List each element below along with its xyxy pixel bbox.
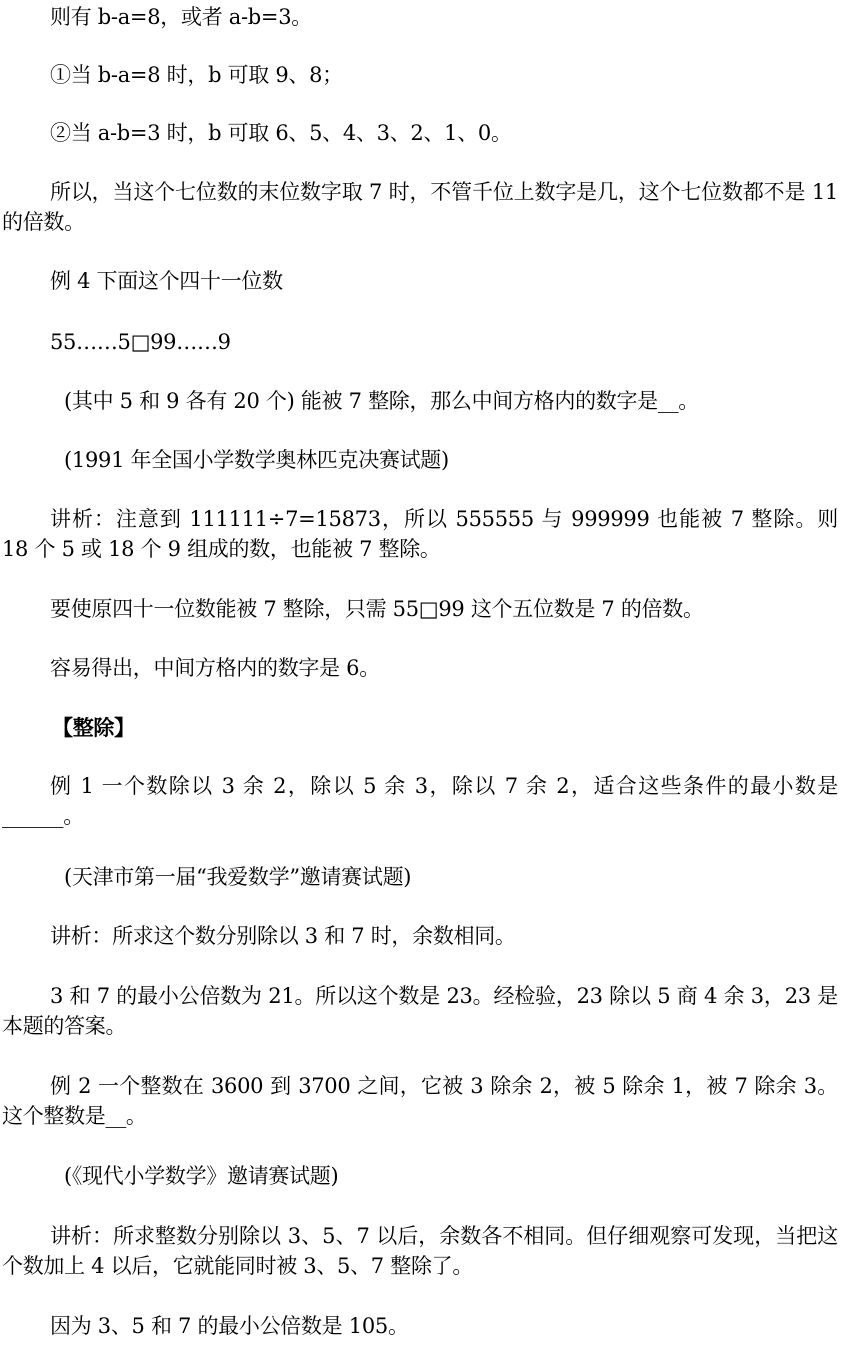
example-4-analysis-2: 要使原四十一位数能被 7 整除，只需 55□99 这个五位数是 7 的倍数。 (2, 594, 838, 624)
example-4-question: (其中 5 和 9 各有 20 个) 能被 7 整除，那么中间方格内的数字是__… (2, 386, 838, 416)
example-2-analysis: 讲析：所求整数分别除以 3、5、7 以后，余数各不相同。但仔细观察可发现，当把这… (2, 1221, 838, 1281)
example-2-source: (《现代小学数学》邀请赛试题) (2, 1161, 838, 1191)
paragraph-condition: 则有 b-a=8，或者 a-b=3。 (2, 2, 838, 32)
paragraph-case-1: ①当 b-a=8 时，b 可取 9、8； (2, 60, 838, 90)
example-4-analysis: 讲析：注意到 111111÷7=15873，所以 555555 与 999999… (2, 504, 838, 564)
example-1-answer: 3 和 7 的最小公倍数为 21。所以这个数是 23。经检验，23 除以 5 商… (2, 981, 838, 1041)
paragraph-case-2: ②当 a-b=3 时，b 可取 6、5、4、3、2、1、0。 (2, 118, 838, 148)
example-4-title: 例 4 下面这个四十一位数 (2, 266, 838, 296)
example-4-number: 55……5□99……9 (2, 327, 838, 357)
example-1-question: 例 1 一个数除以 3 余 2，除以 5 余 3，除以 7 余 2，适合这些条件… (2, 771, 838, 831)
section-heading: 【整除】 (52, 713, 842, 743)
paragraph-conclusion: 所以，当这个七位数的末位数字取 7 时，不管千位上数字是几，这个七位数都不是 1… (2, 177, 838, 237)
example-1-source: (天津市第一届“我爱数学”邀请赛试题) (2, 862, 838, 892)
example-2-question: 例 2 一个整数在 3600 到 3700 之间，它被 3 除余 2，被 5 除… (2, 1071, 838, 1131)
example-2-analysis-2: 因为 3、5 和 7 的最小公倍数是 105。 (2, 1311, 838, 1341)
example-1-analysis: 讲析：所求这个数分别除以 3 和 7 时，余数相同。 (2, 921, 838, 951)
example-4-source: (1991 年全国小学数学奥林匹克决赛试题) (2, 445, 838, 475)
example-4-answer: 容易得出，中间方格内的数字是 6。 (2, 653, 838, 683)
